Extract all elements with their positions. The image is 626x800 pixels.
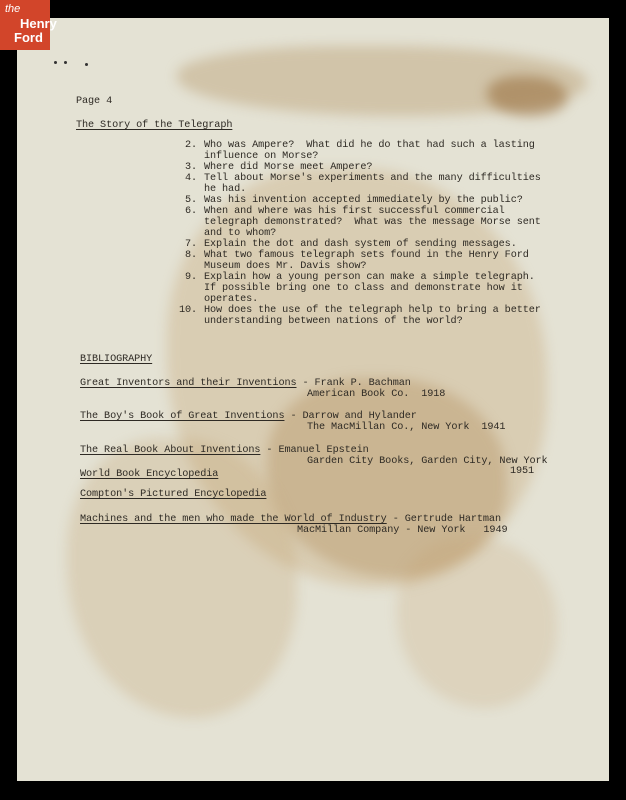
logo-ford: Ford bbox=[14, 31, 43, 44]
question-text-line: Where did Morse meet Ampere? bbox=[204, 162, 372, 173]
question-number: 4. bbox=[175, 173, 197, 184]
book-publisher: The MacMillan Co., New York 1941 bbox=[307, 422, 505, 433]
bibliography-entry: Great Inventors and their Inventions - F… bbox=[80, 378, 411, 389]
question-text-line: and to whom? bbox=[204, 228, 276, 239]
question-text-line: If possible bring one to class and demon… bbox=[204, 283, 523, 294]
book-title: The Real Book About Inventions bbox=[80, 445, 260, 456]
question-text-line: Was his invention accepted immediately b… bbox=[204, 195, 523, 206]
question-text-line: What two famous telegraph sets found in … bbox=[204, 250, 529, 261]
question-text-line: Explain the dot and dash system of sendi… bbox=[204, 239, 517, 250]
book-title: World Book Encyclopedia bbox=[80, 469, 218, 480]
bibliography-entry: The Real Book About Inventions - Emanuel… bbox=[80, 445, 369, 456]
logo-henry: Henry bbox=[20, 17, 57, 30]
book-author: - Gertrude Hartman bbox=[387, 514, 501, 525]
book-title: Compton's Pictured Encyclopedia bbox=[80, 489, 266, 500]
question-text-line: influence on Morse? bbox=[204, 151, 318, 162]
question-text-line: Who was Ampere? What did he do that had … bbox=[204, 140, 535, 151]
book-title: Great Inventors and their Inventions bbox=[80, 378, 297, 389]
stain-left bbox=[67, 438, 297, 718]
henry-ford-logo: the Henry Ford bbox=[0, 0, 50, 50]
punch-mark bbox=[54, 61, 57, 64]
question-text-line: operates. bbox=[204, 294, 258, 305]
question-text-line: Tell about Morse's experiments and the m… bbox=[204, 173, 541, 184]
bibliography-entry: Compton's Pictured Encyclopedia bbox=[80, 489, 266, 500]
bibliography-entry: World Book Encyclopedia bbox=[80, 469, 218, 480]
question-number: 3. bbox=[175, 162, 197, 173]
question-number: 5. bbox=[175, 195, 197, 206]
punch-mark bbox=[85, 63, 88, 66]
question-text-line: understanding between nations of the wor… bbox=[204, 316, 463, 327]
book-publisher: American Book Co. 1918 bbox=[307, 389, 445, 400]
book-title: Machines and the men who made the World … bbox=[80, 514, 387, 525]
document-page: Page 4 The Story of the Telegraph 2.Who … bbox=[17, 18, 609, 781]
punch-mark bbox=[64, 61, 67, 64]
book-title: The Boy's Book of Great Inventions bbox=[80, 411, 284, 422]
logo-the: the bbox=[5, 3, 20, 15]
book-author: - Emanuel Epstein bbox=[260, 445, 368, 456]
question-text-line: When and where was his first successful … bbox=[204, 206, 505, 217]
document-title: The Story of the Telegraph bbox=[76, 120, 232, 131]
question-text-line: Museum does Mr. Davis show? bbox=[204, 261, 366, 272]
question-number: 10. bbox=[175, 305, 197, 316]
question-number: 8. bbox=[175, 250, 197, 261]
bibliography-heading: BIBLIOGRAPHY bbox=[80, 354, 152, 365]
bibliography-entry: The Boy's Book of Great Inventions - Dar… bbox=[80, 411, 417, 422]
book-author: - Frank P. Bachman bbox=[297, 378, 411, 389]
stain-lower-right bbox=[397, 538, 557, 708]
question-number: 7. bbox=[175, 239, 197, 250]
question-number: 6. bbox=[175, 206, 197, 217]
question-number: 2. bbox=[175, 140, 197, 151]
book-year: 1951 bbox=[510, 466, 534, 477]
question-text-line: Explain how a young person can make a si… bbox=[204, 272, 535, 283]
question-text-line: How does the use of the telegraph help t… bbox=[204, 305, 541, 316]
bibliography-entry: Machines and the men who made the World … bbox=[80, 514, 501, 525]
question-number: 9. bbox=[175, 272, 197, 283]
question-text-line: he had. bbox=[204, 184, 246, 195]
book-publisher: MacMillan Company - New York 1949 bbox=[297, 525, 507, 536]
question-text-line: telegraph demonstrated? What was the mes… bbox=[204, 217, 541, 228]
page-number: Page 4 bbox=[76, 96, 112, 107]
book-author: - Darrow and Hylander bbox=[284, 411, 416, 422]
